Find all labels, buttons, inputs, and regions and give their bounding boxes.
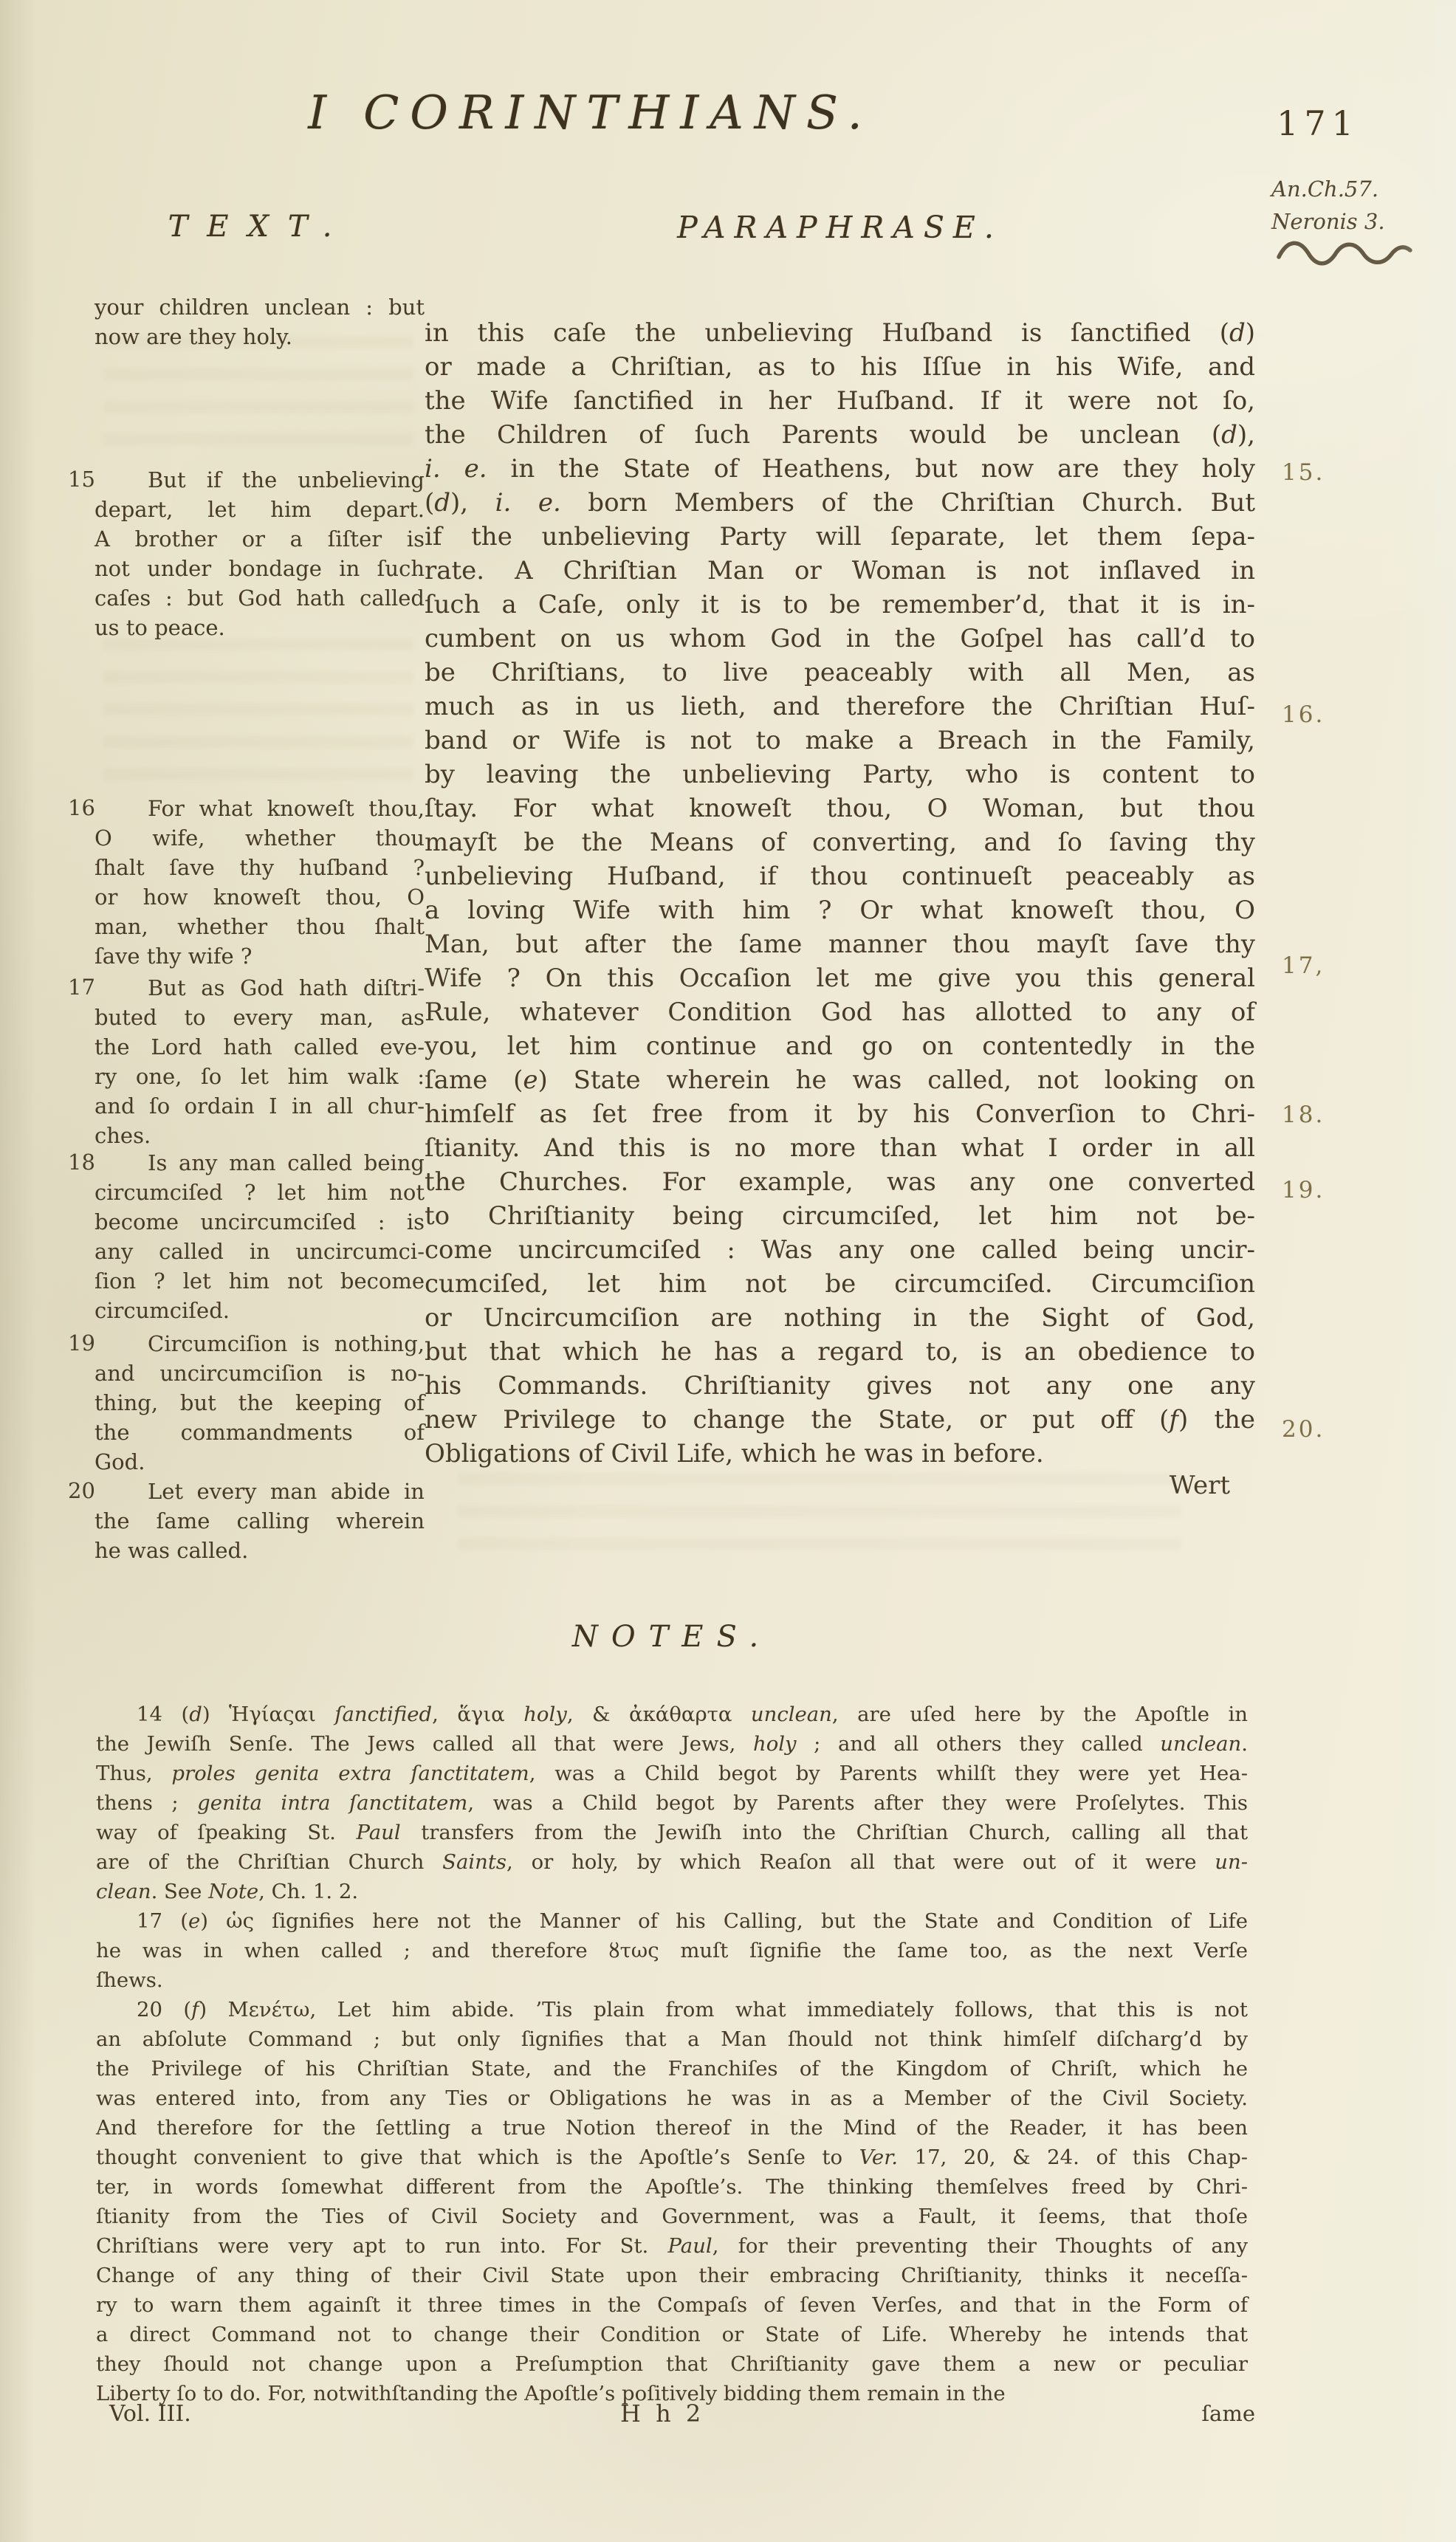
text-line: was entered into, from any Ties or Oblig… <box>96 2084 1248 2113</box>
paraphrase-column-heading: PARAPHRASE. <box>425 210 1255 245</box>
text-line: or Uncircumciſion are nothing in the Sig… <box>425 1301 1255 1335</box>
text-line: now are they holy. <box>95 322 425 351</box>
text-line: but that which he has a regard to, is an… <box>425 1335 1255 1369</box>
text-line: the Churches. For example, was any one c… <box>425 1165 1255 1199</box>
text-line: unbelieving Huſband, if thou continueſt … <box>425 859 1255 893</box>
text-line: the Wife ſanctified in her Huſband. If i… <box>425 384 1255 418</box>
text-line: (d), i. e. born Members of the Chriſtian… <box>425 486 1255 520</box>
text-line: Obligations of Civil Life, which he was … <box>425 1437 1255 1471</box>
verse-number: 19 <box>68 1330 95 1356</box>
text-line: But as God hath diſtri- <box>95 973 425 1003</box>
margin-verse-number: 15. <box>1282 459 1325 486</box>
text-line: ches. <box>95 1121 425 1150</box>
volume-label: Vol. III. <box>109 2401 191 2427</box>
text-line: you, let him continue and go on contente… <box>425 1029 1255 1063</box>
text-line: the Children of ſuch Parents would be un… <box>425 418 1255 452</box>
page-number: 171 <box>1255 103 1381 143</box>
paraphrase-column: in this caſe the unbelieving Huſband is … <box>425 316 1255 1471</box>
text-line: much as in us lieth, and therefore the C… <box>425 690 1255 724</box>
text-line: Thus, proles genita extra ſanctitatem, w… <box>96 1759 1248 1788</box>
margin-verse-number: 19. <box>1282 1177 1325 1203</box>
verse-number: 20 <box>68 1478 95 1503</box>
text-line: the Jewiſh Senſe. The Jews called all th… <box>96 1729 1248 1759</box>
text-line: be Chriſtians, to live peaceably with al… <box>425 656 1255 690</box>
text-line: 14 (d) Ἡγίαςαι ſanctified, ἅγια holy, & … <box>96 1700 1248 1729</box>
note-paragraph: 17 (e) ὡς ſignifies here not the Manner … <box>96 1906 1248 1995</box>
text-line: are of the Chriſtian Church Saints, or h… <box>96 1847 1248 1877</box>
text-line: if the unbelieving Party will ſeparate, … <box>425 520 1255 554</box>
text-line: ſame (e) State wherein he was called, no… <box>425 1063 1255 1097</box>
text-line: ſtay. For what knoweſt thou, O Woman, bu… <box>425 791 1255 825</box>
text-line: ſhews. <box>96 1965 1248 1995</box>
text-line: and uncircumciſion is no- <box>95 1358 425 1388</box>
text-line: an abſolute Command ; but only ſignifies… <box>96 2024 1248 2054</box>
text-line: ry one, ſo let him walk : <box>95 1062 425 1091</box>
text-line: O wife, whether thou <box>95 823 425 853</box>
text-line: ſuch a Caſe, only it is to be remember’d… <box>425 588 1255 622</box>
verse-number: 16 <box>68 795 95 820</box>
text-line: any called in uncircumci- <box>95 1237 425 1266</box>
text-line: depart, let him depart. <box>95 495 425 524</box>
text-line: us to peace. <box>95 613 425 642</box>
text-line: your children unclean : but <box>95 292 425 322</box>
text-line: i. e. in the State of Heathens, but now … <box>425 452 1255 486</box>
margin-verse-number: 20. <box>1282 1416 1325 1443</box>
text-line: Circumciſion is nothing, <box>95 1329 425 1358</box>
text-line: the Privilege of his Chriſtian State, an… <box>96 2054 1248 2084</box>
text-line: the commandments of <box>95 1418 425 1447</box>
text-line: cumbent on us whom God in the Goſpel has… <box>425 622 1255 656</box>
text-line: circumciſed. <box>95 1296 425 1325</box>
margin-verse-number: 17, <box>1282 952 1325 979</box>
book-page-scan: I CORINTHIANS. 171 An.Ch.57. Neronis 3. … <box>0 0 1456 2542</box>
text-line: Is any man called being <box>95 1148 425 1178</box>
text-line: a direct Command not to change their Con… <box>96 2320 1248 2349</box>
text-line: he was called. <box>95 1536 425 1565</box>
text-line: a loving Wife with him ? Or what knoweſt… <box>425 893 1255 927</box>
verse-number: 18 <box>68 1150 95 1175</box>
text-line: or made a Chriſtian, as to his Iſſue in … <box>425 350 1255 384</box>
text-line: thought convenient to give that which is… <box>96 2143 1248 2172</box>
text-line: they ſhould not change upon a Preſumptio… <box>96 2349 1248 2379</box>
text-line: ſion ? let him not become <box>95 1266 425 1296</box>
page-catchword: ſame <box>1122 2401 1255 2426</box>
text-line: ſhalt ſave thy huſband ? <box>95 853 425 882</box>
text-line: But if the unbelieving <box>95 465 425 495</box>
text-line: his Commands. Chriſtianity gives not any… <box>425 1369 1255 1403</box>
notes-heading: NOTES. <box>96 1620 1248 1654</box>
text-line: 17 (e) ὡς ſignifies here not the Manner … <box>96 1906 1248 1936</box>
text-line: clean. See Note, Ch. 1. 2. <box>96 1877 1248 1906</box>
text-line: Let every man abide in <box>95 1477 425 1506</box>
verse-paragraph: 15But if the unbelievingdepart, let him … <box>95 465 425 642</box>
continued-paragraph: your children unclean : butnow are they … <box>95 292 425 351</box>
text-line: ſtianity from the Ties of Civil Society … <box>96 2202 1248 2231</box>
text-line: mayſt be the Means of converting, and ſo… <box>425 825 1255 859</box>
text-line: circumciſed ? let him not <box>95 1178 425 1207</box>
margin-verse-number: 16. <box>1282 701 1325 728</box>
text-line: to Chriſtianity being circumciſed, let h… <box>425 1199 1255 1233</box>
text-line: ry to warn them againſt it three times i… <box>96 2290 1248 2320</box>
text-line: or how knoweſt thou, O <box>95 882 425 912</box>
text-line: in this caſe the unbelieving Huſband is … <box>425 316 1255 350</box>
verse-paragraph: 18Is any man called beingcircumciſed ? l… <box>95 1148 425 1325</box>
text-line: new Privilege to change the State, or pu… <box>425 1403 1255 1437</box>
text-line: Change of any thing of their Civil State… <box>96 2261 1248 2290</box>
text-line: Man, but after the ſame manner thou mayſ… <box>425 927 1255 961</box>
text-line: ſave thy wife ? <box>95 941 425 971</box>
text-line: become uncircumciſed : is <box>95 1207 425 1237</box>
verse-paragraph: 17But as God hath diſtri-buted to every … <box>95 973 425 1150</box>
text-line: come uncircumciſed : Was any one called … <box>425 1233 1255 1267</box>
text-column: your children unclean : butnow are they … <box>95 0 425 1624</box>
text-line: not under bondage in ſuch <box>95 554 425 583</box>
flourish-ornament <box>1274 233 1415 275</box>
text-line: man, whether thou ſhalt <box>95 912 425 941</box>
margin-verse-number: 18. <box>1282 1102 1325 1128</box>
text-line: For what knoweſt thou, <box>95 794 425 823</box>
text-line: and ſo ordain I in all chur- <box>95 1091 425 1121</box>
verse-paragraph: 19Circumciſion is nothing,and uncircumci… <box>95 1329 425 1477</box>
paraphrase-catchword: Wert <box>425 1471 1255 1500</box>
text-line: himſelf as ſet free from it by his Conve… <box>425 1097 1255 1131</box>
verse-number: 17 <box>68 975 95 1000</box>
text-line: the ſame calling wherein <box>95 1506 425 1536</box>
text-line: God. <box>95 1447 425 1477</box>
text-line: thing, but the keeping of <box>95 1388 425 1418</box>
text-line: thens ; genita intra ſanctitatem, was a … <box>96 1788 1248 1818</box>
verse-paragraph: 16For what knoweſt thou,O wife, whether … <box>95 794 425 971</box>
text-line: buted to every man, as <box>95 1003 425 1032</box>
margin-date-line1: An.Ch.57. <box>1271 173 1434 205</box>
verse-paragraph: 20Let every man abide inthe ſame calling… <box>95 1477 425 1565</box>
text-line: way of ſpeaking St. Paul transfers from … <box>96 1818 1248 1847</box>
text-line: ter, in words ſomewhat different from th… <box>96 2172 1248 2202</box>
text-line: the Lord hath called eve- <box>95 1032 425 1062</box>
note-paragraph: 14 (d) Ἡγίαςαι ſanctified, ἅγια holy, & … <box>96 1700 1248 1906</box>
text-line: A brother or a ſiſter is <box>95 524 425 554</box>
text-line: he was in when called ; and therefore ȣτ… <box>96 1936 1248 1965</box>
text-line: caſes : but God hath called <box>95 583 425 613</box>
text-line: rate. A Chriſtian Man or Woman is not in… <box>425 554 1255 588</box>
text-line: ſtianity. And this is no more than what … <box>425 1131 1255 1165</box>
margin-date-note: An.Ch.57. Neronis 3. <box>1271 173 1434 238</box>
text-line: cumciſed, let him not be circumciſed. Ci… <box>425 1267 1255 1301</box>
text-line: And therefore for the ſettling a true No… <box>96 2113 1248 2143</box>
note-paragraph: 20 (f) Μενέτω, Let him abide. ’Tis plain… <box>96 1995 1248 2408</box>
text-line: Rule, whatever Condition God has allotte… <box>425 995 1255 1029</box>
verse-number: 15 <box>68 467 95 492</box>
text-line: band or Wife is not to make a Breach in … <box>425 724 1255 758</box>
text-line: Wife ? On this Occaſion let me give you … <box>425 961 1255 995</box>
text-line: by leaving the unbelieving Party, who is… <box>425 758 1255 791</box>
signature-mark: H h 2 <box>620 2400 704 2428</box>
text-line: 20 (f) Μενέτω, Let him abide. ’Tis plain… <box>96 1995 1248 2024</box>
text-line: Chriſtians were very apt to run into. Fo… <box>96 2231 1248 2261</box>
